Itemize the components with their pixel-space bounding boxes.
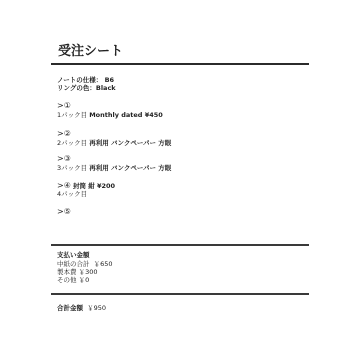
pack-label: 4パック目 [57,190,87,198]
pack-marker: >② [57,129,71,138]
payment-value: ￥300 [79,268,98,276]
pack-marker: >④ [57,181,71,190]
pack-3-marker: >③ [57,154,71,163]
pack-content: 再利用 バンクペーパー 方眼 [89,164,171,172]
pack-4-row: 4パック目 [57,190,87,198]
payment-item-paper: 中紙の合計 ￥650 [57,260,113,268]
payment-value: ￥0 [79,276,90,284]
pack-1-row: 1パック目 Monthly dated ¥450 [57,111,163,119]
total-divider [51,293,309,295]
notebook-spec-label: ノートの仕様： [57,76,102,84]
pack-3-row: 3パック目 再利用 バンクペーパー 方眼 [57,164,171,172]
payment-label: 製本費 [57,268,77,276]
title-divider [51,63,309,65]
payment-label: 中紙の合計 [57,260,90,268]
pack-2-row: 2パック目 再利用 バンクペーパー 方眼 [57,139,171,147]
payment-value: ￥650 [94,260,113,268]
pack-2-marker: >② [57,129,71,138]
pack-marker: >⑤ [57,207,71,216]
ring-color-value: Black [96,84,116,92]
notebook-spec-value: B6 [105,76,114,84]
payment-item-binding: 製本費 ￥300 [57,268,98,276]
pack-content: Monthly dated ¥450 [89,111,163,119]
pack-4-marker: >④ 封筒 紺 ¥200 [57,181,115,190]
pack-1-marker: >① [57,101,71,110]
total-row: 合計金額 ￥950 [57,304,106,312]
payment-label: その他 [57,276,77,284]
pack-label: 2パック目 [57,139,87,147]
total-value: ￥950 [87,304,106,312]
notebook-spec: ノートの仕様： B6 [57,76,114,84]
pack-label: 1パック目 [57,111,87,119]
payment-divider [51,244,309,246]
pack-marker: >③ [57,154,71,163]
ring-color-label: リングの色： [57,84,96,92]
pack-content: 再利用 バンクペーパー 方眼 [89,139,171,147]
ring-color: リングの色：Black [57,84,116,92]
pack-label: 3パック目 [57,164,87,172]
pack-5-marker: >⑤ [57,207,71,216]
total-label: 合計金額 [57,304,83,312]
payment-heading: 支払い金額 [57,251,90,259]
payment-item-other: その他 ￥0 [57,276,89,284]
pack-marker: >① [57,101,71,110]
pack-extra: 封筒 紺 ¥200 [73,182,115,190]
page-title: 受注シート [58,40,123,59]
